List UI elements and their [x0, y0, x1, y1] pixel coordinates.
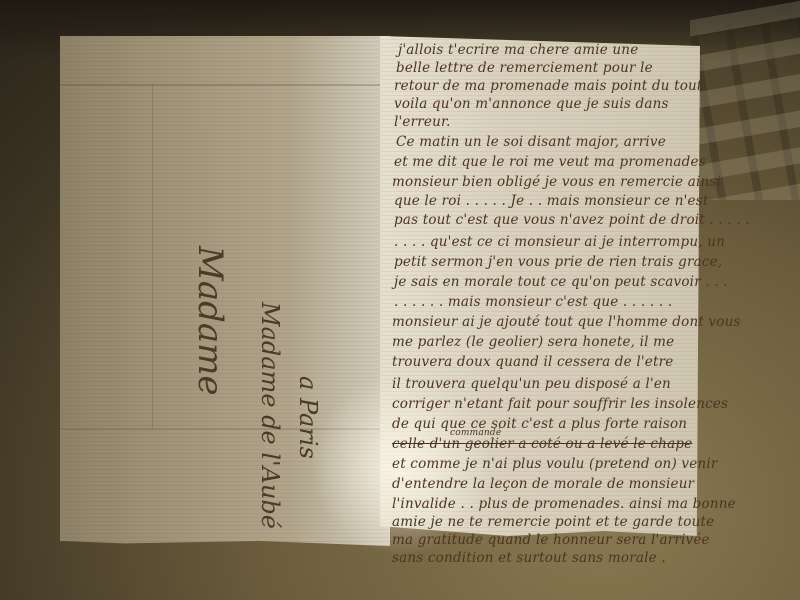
- letter: Madame Madame de l'Aubé a Paris j'allois…: [60, 36, 700, 546]
- letter-line: pas tout c'est que vous n'avez point de …: [394, 212, 750, 228]
- letter-line: retour de ma promenade mais point du tou…: [394, 78, 703, 94]
- letter-line: l'erreur.: [394, 114, 451, 130]
- letter-line: belle lettre de remerciement pour le: [396, 60, 653, 76]
- letter-line: . . . . qu'est ce ci monsieur ai je inte…: [394, 234, 725, 250]
- interlinear-note: commandé: [450, 428, 501, 438]
- letter-line: il trouvera quelqu'un peu disposé a l'en: [392, 376, 671, 392]
- letter-line: et comme je n'ai plus voulu (pretend on)…: [392, 456, 718, 472]
- address-line-name: Madame de l'Aubé: [256, 302, 284, 529]
- letter-line: l'invalide . . plus de promenades. ainsi…: [392, 496, 736, 512]
- letter-line: celle d'un geolier a coté ou a levé le c…: [392, 436, 692, 452]
- letter-line: voila qu'on m'annonce que je suis dans: [394, 96, 669, 112]
- letter-line: j'allois t'ecrire ma chere amie une: [398, 42, 638, 58]
- letter-line: je sais en morale tout ce qu'on peut sca…: [394, 274, 728, 290]
- letter-line: amie je ne te remercie point et te garde…: [392, 514, 714, 530]
- letter-line: monsieur bien obligé je vous en remercie…: [392, 174, 721, 190]
- letter-line: ma gratitude quand le honneur sera l'arr…: [392, 532, 710, 548]
- address-block: Madame Madame de l'Aubé a Paris: [22, 206, 112, 466]
- letter-line: et me dit que le roi me veut ma promenad…: [394, 154, 706, 170]
- address-line-salutation: Madame: [190, 246, 230, 395]
- letter-line: sans condition et surtout sans morale .: [392, 550, 666, 566]
- letter-line: d'entendre la leçon de morale de monsieu…: [392, 476, 694, 492]
- letter-line: de qui que ce soit c'est a plus forte ra…: [392, 416, 687, 432]
- fold-line: [152, 84, 153, 428]
- letter-line: corriger n'etant fait pour souffrir les …: [392, 396, 728, 412]
- letter-line: que le roi . . . . . Je . . mais monsieu…: [394, 193, 708, 209]
- letter-line: trouvera doux quand il cessera de l'etre: [392, 354, 673, 370]
- window-light-pattern: [690, 0, 800, 200]
- letter-line: Ce matin un le soi disant major, arrive: [396, 134, 666, 150]
- letter-line: monsieur ai je ajouté tout que l'homme d…: [392, 314, 741, 330]
- fold-line: [60, 84, 390, 86]
- letter-line: . . . . . . mais monsieur c'est que . . …: [394, 294, 672, 310]
- letter-line: me parlez (le geolier) sera honete, il m…: [392, 334, 674, 350]
- letter-line: petit sermon j'en vous prie de rien trai…: [394, 254, 722, 270]
